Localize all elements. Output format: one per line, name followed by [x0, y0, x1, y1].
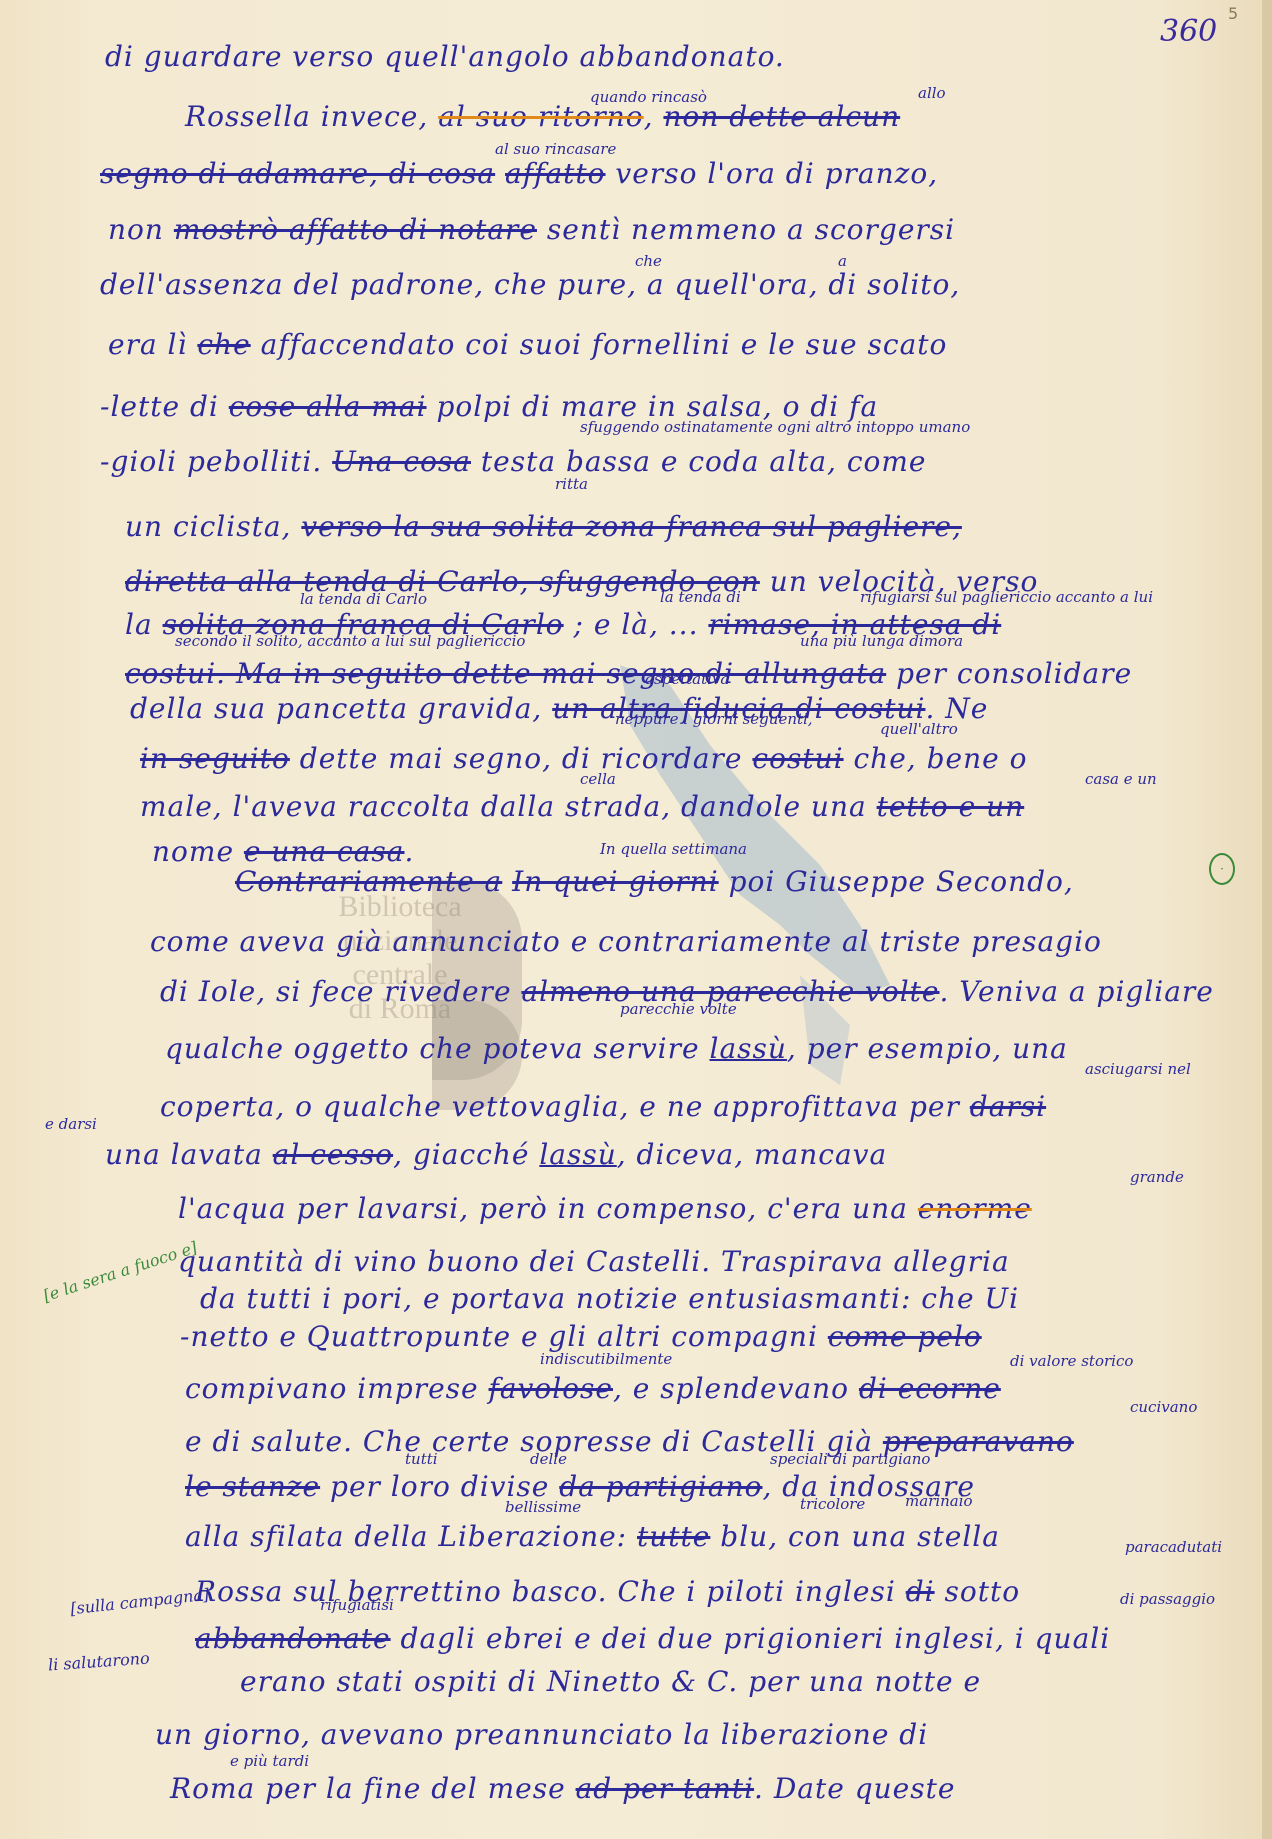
insertion: la tenda di Carlo [300, 590, 427, 608]
page-number: 360 [1160, 14, 1217, 49]
manuscript-line: come aveva già annunciato e contrariamen… [150, 925, 1102, 958]
insertion: casa e un [1085, 770, 1157, 788]
manuscript-line: nome e una casa. [152, 835, 414, 868]
manuscript-line: coperta, o qualche vettovaglia, e ne app… [160, 1090, 1046, 1123]
manuscript-line: l'acqua per lavarsi, però in compenso, c… [178, 1192, 1032, 1225]
manuscript-line: male, l'aveva raccolta dalla strada, dan… [140, 790, 1024, 823]
insertion: una più lunga dimora [800, 632, 963, 650]
manuscript-line: e di salute. Che certe sopresse di Caste… [185, 1425, 1074, 1458]
manuscript-line: era lì che affaccendato coi suoi fornell… [108, 328, 947, 361]
manuscript-line: un giorno, avevano preannunciato la libe… [155, 1718, 928, 1751]
insertion: In quella settimana [600, 840, 747, 858]
manuscript-line: di Iole, si fece rivedere almeno una par… [160, 975, 1214, 1008]
insertion: marinaio [905, 1492, 973, 1510]
manuscript-line: Rossella invece, al suo ritorno, non det… [185, 100, 900, 133]
manuscript-line: compivano imprese favolose, e splendevan… [185, 1372, 1001, 1405]
manuscript-line: erano stati ospiti di Ninetto & C. per u… [240, 1665, 981, 1698]
insertion: di passaggio [1120, 1590, 1215, 1608]
manuscript-line: dell'assenza del padrone, che pure, a qu… [100, 268, 960, 301]
insertion: speciali di partigiano [770, 1450, 930, 1468]
manuscript-line: costui. Ma in seguito dette mai segno di… [125, 657, 1132, 690]
alt-page-number: 5 [1228, 4, 1238, 23]
manuscript-line: della sua pancetta gravida, un altra fid… [130, 692, 988, 725]
insertion: paracadutati [1125, 1538, 1222, 1556]
page-edge [1262, 0, 1272, 1839]
green-circle-mark-icon: · [1209, 853, 1235, 885]
insertion: la tenda di [660, 588, 741, 606]
manuscript-line: non mostrò affatto di notare sentì nemme… [108, 213, 955, 246]
manuscript-line: segno di adamare, di cosa affatto verso … [100, 157, 938, 190]
insertion: asciugarsi nel [1085, 1060, 1191, 1078]
insertion: delle [530, 1450, 567, 1468]
insertion: di valore storico [1010, 1352, 1133, 1370]
insertion: tutti [405, 1450, 438, 1468]
manuscript-line: Contrariamente a In quei giorni poi Gius… [235, 865, 1074, 898]
manuscript-line: da tutti i pori, e portava notizie entus… [200, 1282, 1019, 1315]
insertion: tricolore [800, 1495, 865, 1513]
insertion: rifugiarsi sul pagliericcio accanto a lu… [860, 588, 1153, 606]
manuscript-line: Rossa sul berrettino basco. Che i piloti… [195, 1575, 1020, 1608]
margin-note-green: [e la sera a fuoco e] [41, 1238, 199, 1306]
manuscript-line: Roma per la fine del mese ad per tanti. … [170, 1772, 955, 1805]
manuscript-page: Biblioteca nazionale centrale di Roma 36… [0, 0, 1262, 1839]
insertion: sfuggendo ostinatamente ogni altro intop… [580, 418, 970, 436]
insertion: indiscutibilmente [540, 1350, 672, 1368]
insertion: aspettativa [645, 670, 729, 688]
margin-note: li salutarono [47, 1648, 150, 1674]
margin-note-bracket: [sulla campagna] [69, 1585, 210, 1618]
manuscript-line: -gioli pebolliti. Una cosa testa bassa e… [100, 445, 926, 478]
insertion: cucivano [1130, 1398, 1197, 1416]
manuscript-line: un ciclista, verso la sua solita zona fr… [125, 510, 962, 543]
insertion: al suo rincasare [495, 140, 616, 158]
insertion: rifugiatisi [320, 1596, 394, 1614]
insertion: e più tardi [230, 1752, 309, 1770]
manuscript-line: quantità di vino buono dei Castelli. Tra… [178, 1245, 1010, 1278]
insertion: cella [580, 770, 616, 788]
insertion: secondo il solito, accanto a lui sul pag… [175, 632, 525, 650]
insertion: grande [1130, 1168, 1184, 1186]
manuscript-line: una lavata al cesso, giacché lassù, dice… [105, 1138, 887, 1171]
insertion: quell'altro [880, 720, 958, 738]
manuscript-line: alla sfilata della Liberazione: tutte bl… [185, 1520, 1000, 1553]
manuscript-line: qualche oggetto che poteva servire lassù… [165, 1032, 1068, 1065]
insertion: e darsi [45, 1115, 97, 1133]
manuscript-line: -netto e Quattropunte e gli altri compag… [180, 1320, 982, 1353]
manuscript-line: abbandonate dagli ebrei e dei due prigio… [195, 1622, 1110, 1655]
manuscript-line: di guardare verso quell'angolo abbandona… [105, 40, 785, 73]
insertion: neppure i giorni seguenti, [615, 710, 813, 728]
insertion: allo [918, 84, 946, 102]
